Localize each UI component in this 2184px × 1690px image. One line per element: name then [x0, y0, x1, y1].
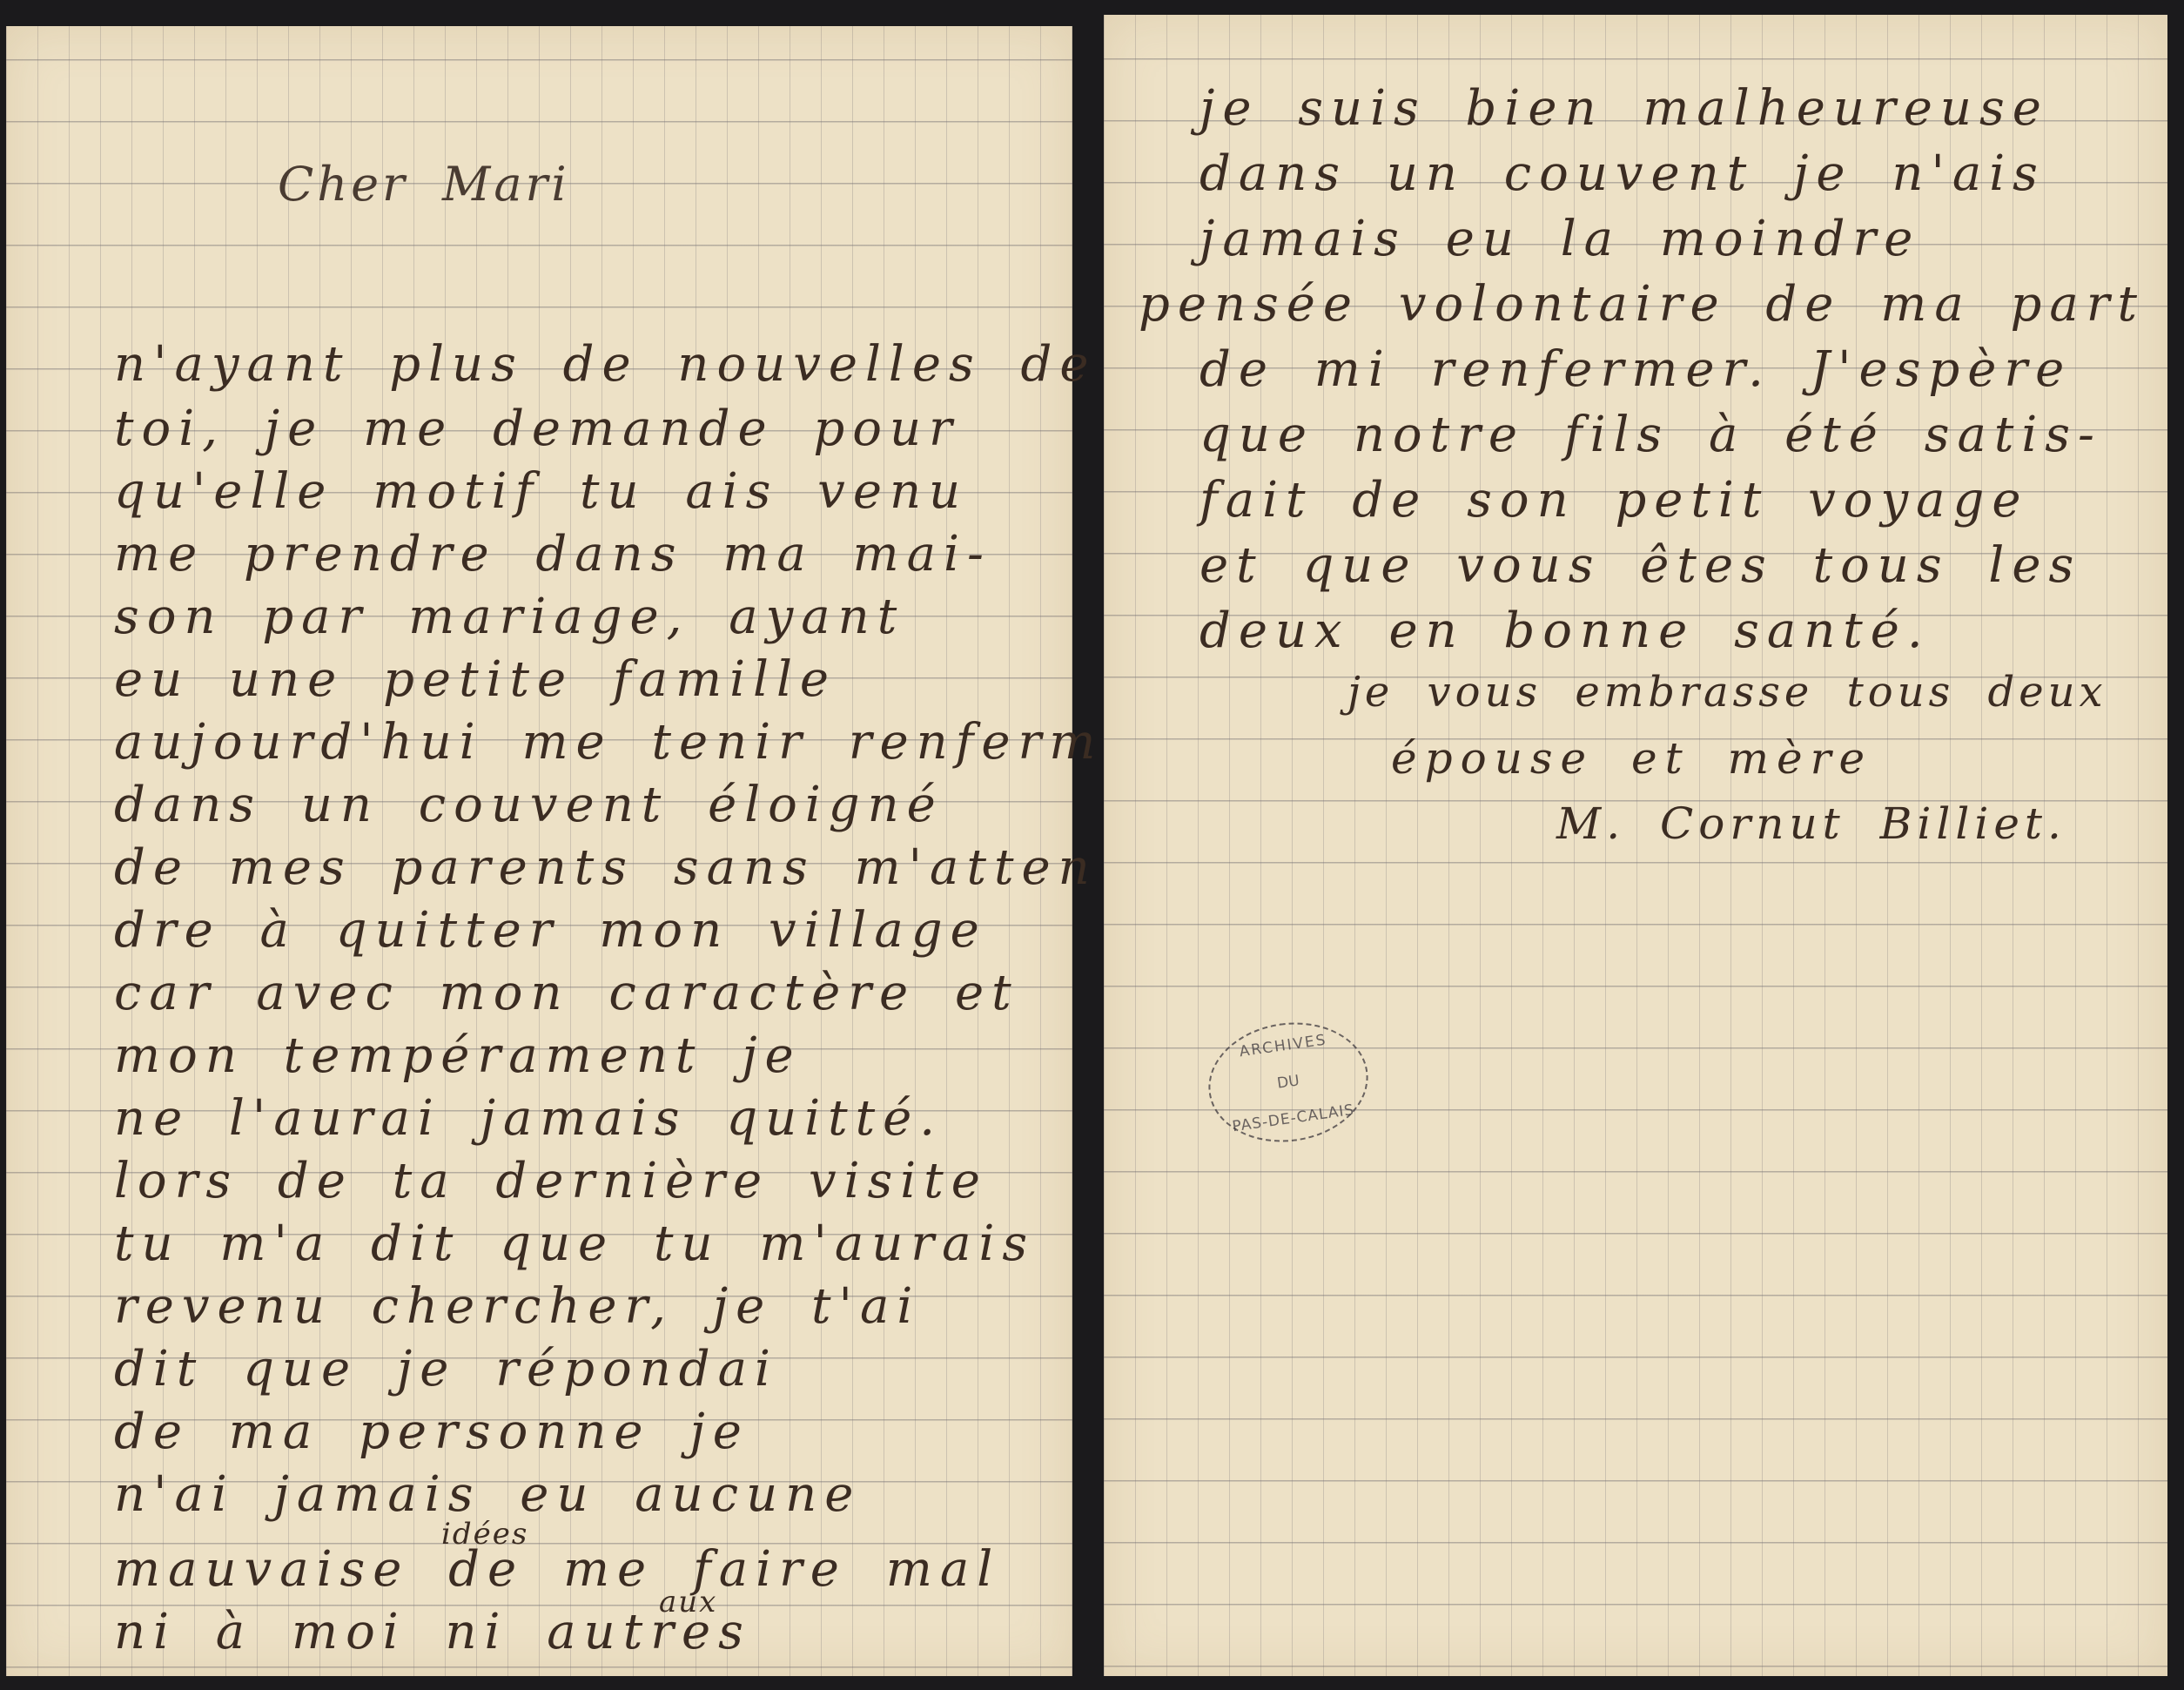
letter-line: qu'elle motif tu ais venu — [114, 463, 968, 520]
letter-line: toi, je me demande pour — [114, 401, 960, 457]
letter-line: tu m'a dit que tu m'aurais — [114, 1215, 1035, 1272]
letter-line: jamais eu la moindre — [1200, 211, 1920, 267]
letter-line: dans un couvent éloigné — [114, 777, 944, 833]
salutation: Cher Mari — [278, 157, 570, 212]
stamp-top-text: ARCHIVES — [1205, 1027, 1362, 1066]
letter-page-left: Cher Mari n'ayant plus de nouvelles de t… — [6, 26, 1072, 1676]
letter-line: mon tempérament je — [114, 1027, 802, 1084]
letter-line: et que vous êtes tous les — [1200, 537, 2081, 594]
closing-line: je vous embrasse tous deux — [1347, 668, 2107, 717]
letter-line: aujourd'hui me tenir renfermé — [114, 714, 1140, 771]
letter-line: me prendre dans ma mai- — [114, 526, 991, 582]
letter-line: deux en bonne santé. — [1200, 603, 1931, 659]
letter-line: dre à quitter mon village — [114, 902, 987, 959]
letter-line: fait de son petit voyage — [1200, 472, 2029, 529]
letter-line: mauvaise de me faire mal — [114, 1541, 1000, 1598]
stamp-middle-text: DU — [1209, 1063, 1367, 1102]
archives-stamp: ARCHIVES DU PAS-DE-CALAIS — [1200, 1013, 1375, 1152]
letter-line: ni à moi ni autres — [114, 1604, 751, 1660]
letter-line: ne l'aurai jamais quitté. — [114, 1090, 943, 1147]
letter-line: son par mariage, ayant — [114, 589, 904, 645]
letter-line: lors de ta dernière visite — [114, 1153, 988, 1209]
letter-line: dans un couvent je n'ais — [1200, 145, 2046, 202]
letter-line: de ma personne je — [114, 1404, 749, 1460]
letter-line: pensée volontaire de ma part — [1139, 276, 2145, 333]
letter-line: que notre fils à été satis- — [1200, 407, 2102, 463]
signature-role: épouse et mère — [1391, 733, 1872, 784]
letter-line: je suis bien malheureuse — [1200, 80, 2049, 137]
stamp-bottom-text: PAS-DE-CALAIS — [1214, 1099, 1372, 1138]
letter-line: revenu chercher, je t'ai — [114, 1278, 920, 1335]
letter-line: dit que je répondai — [114, 1341, 778, 1397]
letter-line: de mes parents sans m'atten — [114, 839, 1098, 896]
signature-name: M. Cornut Billiet. — [1556, 798, 2066, 849]
letter-line: eu une petite famille — [114, 651, 837, 708]
letter-line: de mi renfermer. J'espère — [1200, 341, 2072, 398]
letter-page-right: je suis bien malheureuse dans un couvent… — [1104, 15, 2167, 1676]
letter-line: car avec mon caractère et — [114, 965, 1019, 1021]
letter-line: n'ayant plus de nouvelles de — [114, 336, 1097, 393]
letter-line: n'ai jamais eu aucune — [114, 1466, 861, 1523]
